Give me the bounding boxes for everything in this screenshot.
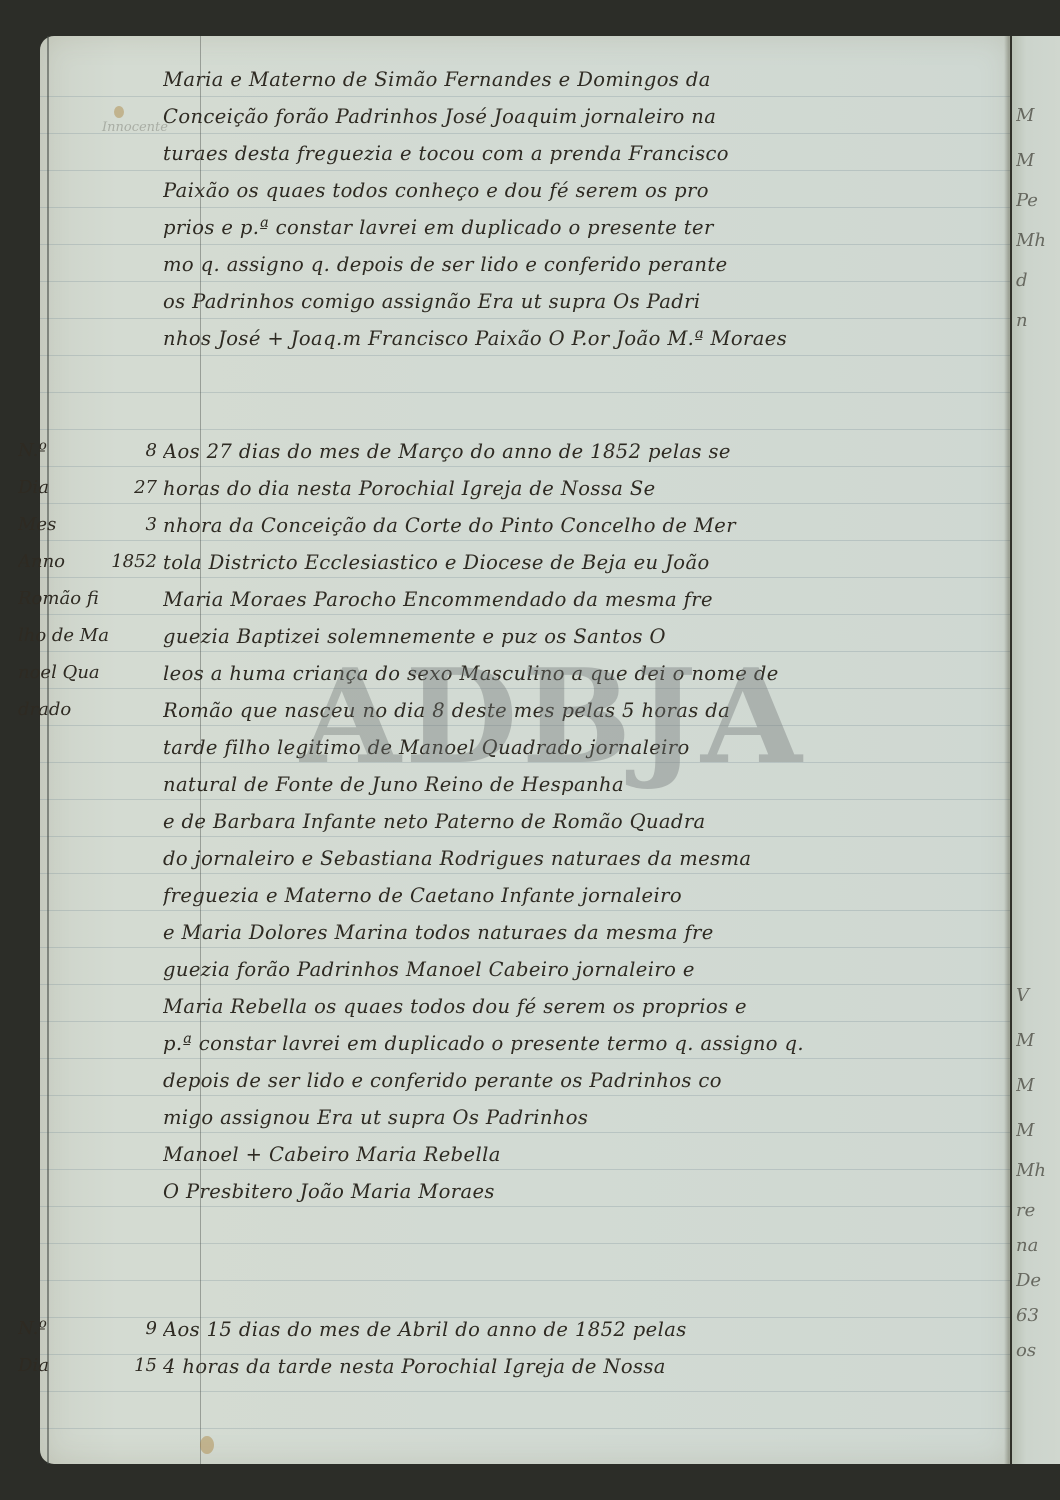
edge-fragment: n (1016, 310, 1060, 331)
day-value: 27 (134, 477, 157, 498)
rule-line (40, 244, 1010, 245)
rule-line (40, 392, 1010, 393)
rule-line (40, 355, 1010, 356)
edge-fragment: M (1016, 1120, 1060, 1141)
number-label: N.º (18, 1318, 47, 1339)
entry-line: freguezia e Materno de Caetano Infante j… (163, 884, 963, 907)
signatures-godparents: Manoel + Cabeiro Maria Rebella (163, 1143, 963, 1166)
entry-line: 4 horas da tarde nesta Porochial Igreja … (163, 1355, 963, 1378)
rule-line (40, 1206, 1010, 1207)
edge-fragment: na (1016, 1235, 1060, 1256)
ink-stain (200, 1436, 214, 1454)
edge-fragment: M (1016, 1075, 1060, 1096)
entry-line: e Maria Dolores Marina todos naturaes da… (163, 921, 963, 944)
rule-line (40, 1391, 1010, 1392)
edge-fragment: re (1016, 1200, 1060, 1221)
entry-line: Paixão os quaes todos conheço e dou fé s… (163, 179, 963, 202)
entry-line: tarde filho legitimo de Manoel Quadrado … (163, 736, 963, 759)
entry-line: nhora da Conceição da Corte do Pinto Con… (163, 514, 963, 537)
rule-line (40, 1095, 1010, 1096)
rule-line (40, 577, 1010, 578)
entry-year: Anno 1852 (18, 551, 163, 572)
edge-fragment: De (1016, 1270, 1060, 1291)
rule-line (40, 836, 1010, 837)
rule-line (40, 1243, 1010, 1244)
edge-fragment: Mh (1016, 230, 1060, 251)
number-value: 9 (146, 1318, 157, 1339)
entry-number: N.º 9 (18, 1318, 163, 1339)
entry-line: Maria e Materno de Simão Fernandes e Dom… (163, 68, 963, 91)
entry-line: p.ª constar lavrei em duplicado o presen… (163, 1032, 963, 1055)
rule-line (40, 133, 1010, 134)
ink-stain (114, 106, 124, 118)
rule-line (40, 614, 1010, 615)
rule-line (40, 799, 1010, 800)
entry-line: Maria Rebella os quaes todos dou fé sere… (163, 995, 963, 1018)
entry-line: depois de ser lido e conferido perante o… (163, 1069, 963, 1092)
entry-line: leos a huma criança do sexo Masculino a … (163, 662, 963, 685)
entry-line: tola Districto Ecclesiastico e Diocese d… (163, 551, 963, 574)
month-label: Mes (18, 514, 56, 535)
child-name-line: lho de Ma (18, 625, 163, 646)
rule-line (40, 725, 1010, 726)
entry-line: guezia Baptizei solemnemente e puz os Sa… (163, 625, 963, 648)
entry-line: Aos 27 dias do mes de Março do anno de 1… (163, 440, 963, 463)
year-label: Anno (18, 551, 65, 572)
entry-line: os Padrinhos comigo assignão Era ut supr… (163, 290, 963, 313)
rule-line (40, 688, 1010, 689)
edge-fragment: os (1016, 1340, 1060, 1361)
entry-line: horas do dia nesta Porochial Igreja de N… (163, 477, 963, 500)
edge-fragment: M (1016, 150, 1060, 171)
edge-fragment: d (1016, 270, 1060, 291)
child-name-line: drado (18, 699, 163, 720)
entry-day: Dia 15 (18, 1355, 163, 1376)
rule-line (40, 910, 1010, 911)
child-name-line: noel Qua (18, 662, 163, 683)
rule-line (40, 207, 1010, 208)
edge-fragment: 63 (1016, 1305, 1060, 1326)
entry-number: N.º 8 (18, 440, 163, 461)
rule-line (40, 96, 1010, 97)
rule-line (40, 466, 1010, 467)
entry-line: natural de Fonte de Juno Reino de Hespan… (163, 773, 963, 796)
faint-header-note: Innocente (102, 120, 168, 135)
day-label: Dia (18, 1355, 49, 1376)
left-margin-rule (47, 36, 49, 1464)
number-value: 8 (146, 440, 157, 461)
entry-line: nhos José + Joaq.m Francisco Paixão O P.… (163, 327, 963, 350)
entry-line: do jornaleiro e Sebastiana Rodrigues nat… (163, 847, 963, 870)
rule-line (40, 873, 1010, 874)
edge-fragment: Mh (1016, 1160, 1060, 1181)
entry-line: turaes desta freguezia e tocou com a pre… (163, 142, 963, 165)
child-name-line: Romão fi (18, 588, 163, 609)
entry-month: Mes 3 (18, 514, 163, 535)
signature-priest: O Presbitero João Maria Moraes (163, 1180, 963, 1203)
rule-line (40, 170, 1010, 171)
entry-line: prios e p.ª constar lavrei em duplicado … (163, 216, 963, 239)
rule-line (40, 540, 1010, 541)
rule-line (40, 984, 1010, 985)
rule-line (40, 947, 1010, 948)
rule-line (40, 429, 1010, 430)
rule-line (40, 1169, 1010, 1170)
entry-line: e de Barbara Infante neto Paterno de Rom… (163, 810, 963, 833)
edge-fragment: M (1016, 1030, 1060, 1051)
rule-line (40, 318, 1010, 319)
rule-line (40, 1428, 1010, 1429)
entry-line: Romão que nasceu no dia 8 deste mes pela… (163, 699, 963, 722)
number-label: N.º (18, 440, 47, 461)
edge-fragment: V (1016, 985, 1060, 1006)
entry-line: guezia forão Padrinhos Manoel Cabeiro jo… (163, 958, 963, 981)
rule-line (40, 503, 1010, 504)
rule-line (40, 651, 1010, 652)
entry-line: migo assignou Era ut supra Os Padrinhos (163, 1106, 963, 1129)
rule-line (40, 762, 1010, 763)
rule-line (40, 1280, 1010, 1281)
edge-fragment: Pe (1016, 190, 1060, 211)
entry-line: Conceição forão Padrinhos José Joaquim j… (163, 105, 963, 128)
year-value: 1852 (111, 551, 157, 572)
edge-fragment: M (1016, 105, 1060, 126)
entry-line: Aos 15 dias do mes de Abril do anno de 1… (163, 1318, 963, 1341)
day-label: Dia (18, 477, 49, 498)
rule-line (40, 1132, 1010, 1133)
entry-day: Dia 27 (18, 477, 163, 498)
rule-line (40, 1021, 1010, 1022)
rule-line (40, 1058, 1010, 1059)
entry-line: Maria Moraes Parocho Encommendado da mes… (163, 588, 963, 611)
month-value: 3 (146, 514, 157, 535)
day-value: 15 (134, 1355, 157, 1376)
rule-line (40, 281, 1010, 282)
entry-line: mo q. assigno q. depois de ser lido e co… (163, 253, 963, 276)
